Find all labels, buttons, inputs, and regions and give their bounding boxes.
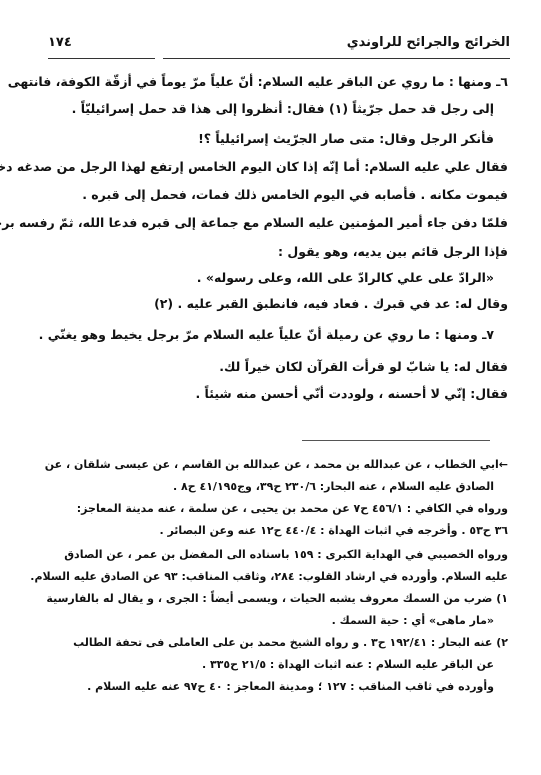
- para-7-line-3: فقال: إنّي لا أحسنه ، ولوددت أنّي أحسن م…: [195, 384, 508, 403]
- footnote-line-2: الصادق عليه السلام ، عنه البحار: ٢٣٠/٦ ح…: [173, 477, 494, 496]
- footnote-line-1: ←ابي الخطاب ، عن عبدالله بن محمد ، عن عب…: [45, 455, 508, 474]
- para-7-line-2: فقال له: يا شابّ لو قرأت القرآن لكان خير…: [219, 357, 508, 376]
- book-page: الخرائج والجرائح للراوندي ١٧٤ ٦ـ ومنها :…: [0, 0, 541, 775]
- para-7-line-1: ٧ـ ومنها : ما روي عن رميلة أنّ علياً علي…: [39, 325, 494, 344]
- para-6-line-7: فإذا الرجل قائم بين يديه، وهو يقول :: [278, 242, 508, 261]
- footnote-line-6: عليه السلام. وأورده في ارشاد القلوب: ٢٨٤…: [30, 567, 508, 586]
- footnote-line-3: ورواه في الكافي : ٤٥٦/١ ح٧ عن محمد بن يح…: [77, 499, 508, 518]
- header-rule-gap: [155, 57, 163, 60]
- para-6-line-3: فأنكر الرجل وقال: متى صار الجرّيث إسرائي…: [198, 129, 494, 148]
- para-6-line-8-quote: «الرادّ على علي كالرادّ على الله، وعلى ر…: [197, 268, 494, 287]
- running-header: الخرائج والجرائح للراوندي ١٧٤: [48, 33, 510, 55]
- para-6-line-5: فيموت مكانه . فأصابه في اليوم الخامس ذلك…: [82, 185, 508, 204]
- header-rule: [48, 58, 510, 59]
- footnote-line-5: ورواه الخصيبي في الهداية الكبرى : ١٥٩ با…: [64, 545, 508, 564]
- footnote-1-cont: «مار ماهى» أي : حية السمك .: [332, 611, 494, 630]
- para-6-line-1: ٦ـ ومنها : ما روي عن الباقر عليه السلام:…: [52, 72, 508, 91]
- footnote-separator: [302, 440, 490, 441]
- para-6-line-9: وقال له: عد في قبرك . فعاد فيه، فانطبق ا…: [154, 294, 508, 313]
- footnote-2-cont-2: وأورده في ثاقب المناقب : ١٢٧ ؛ ومدينة ال…: [87, 677, 494, 696]
- para-6-line-4: فقال علي عليه السلام: أما إنّه إذا كان ا…: [52, 157, 508, 176]
- para-6-line-2: إلى رجل قد حمل جرّيثاً (١) فقال: أنظروا …: [72, 99, 494, 118]
- book-title: الخرائج والجرائح للراوندي: [347, 35, 510, 50]
- footnote-line-4: ٣٦ ح٥٣ . وأخرجه في اثبات الهداة : ٤٤٠/٤ …: [159, 521, 508, 540]
- page-number: ١٧٤: [48, 35, 72, 50]
- footnote-2-cont-1: عن الباقر عليه السلام : عنه اثبات الهداة…: [202, 655, 494, 674]
- footnote-1: ١) ضرب من السمك معروف يشبه الحيات ، ويسم…: [46, 589, 508, 608]
- para-6-line-6: فلمّا دفن جاء أمير المؤمنين عليه السلام …: [52, 213, 508, 232]
- footnote-2: ٢) عنه البحار : ١٩٢/٤١ ح٣ . و رواه الشيخ…: [73, 633, 508, 652]
